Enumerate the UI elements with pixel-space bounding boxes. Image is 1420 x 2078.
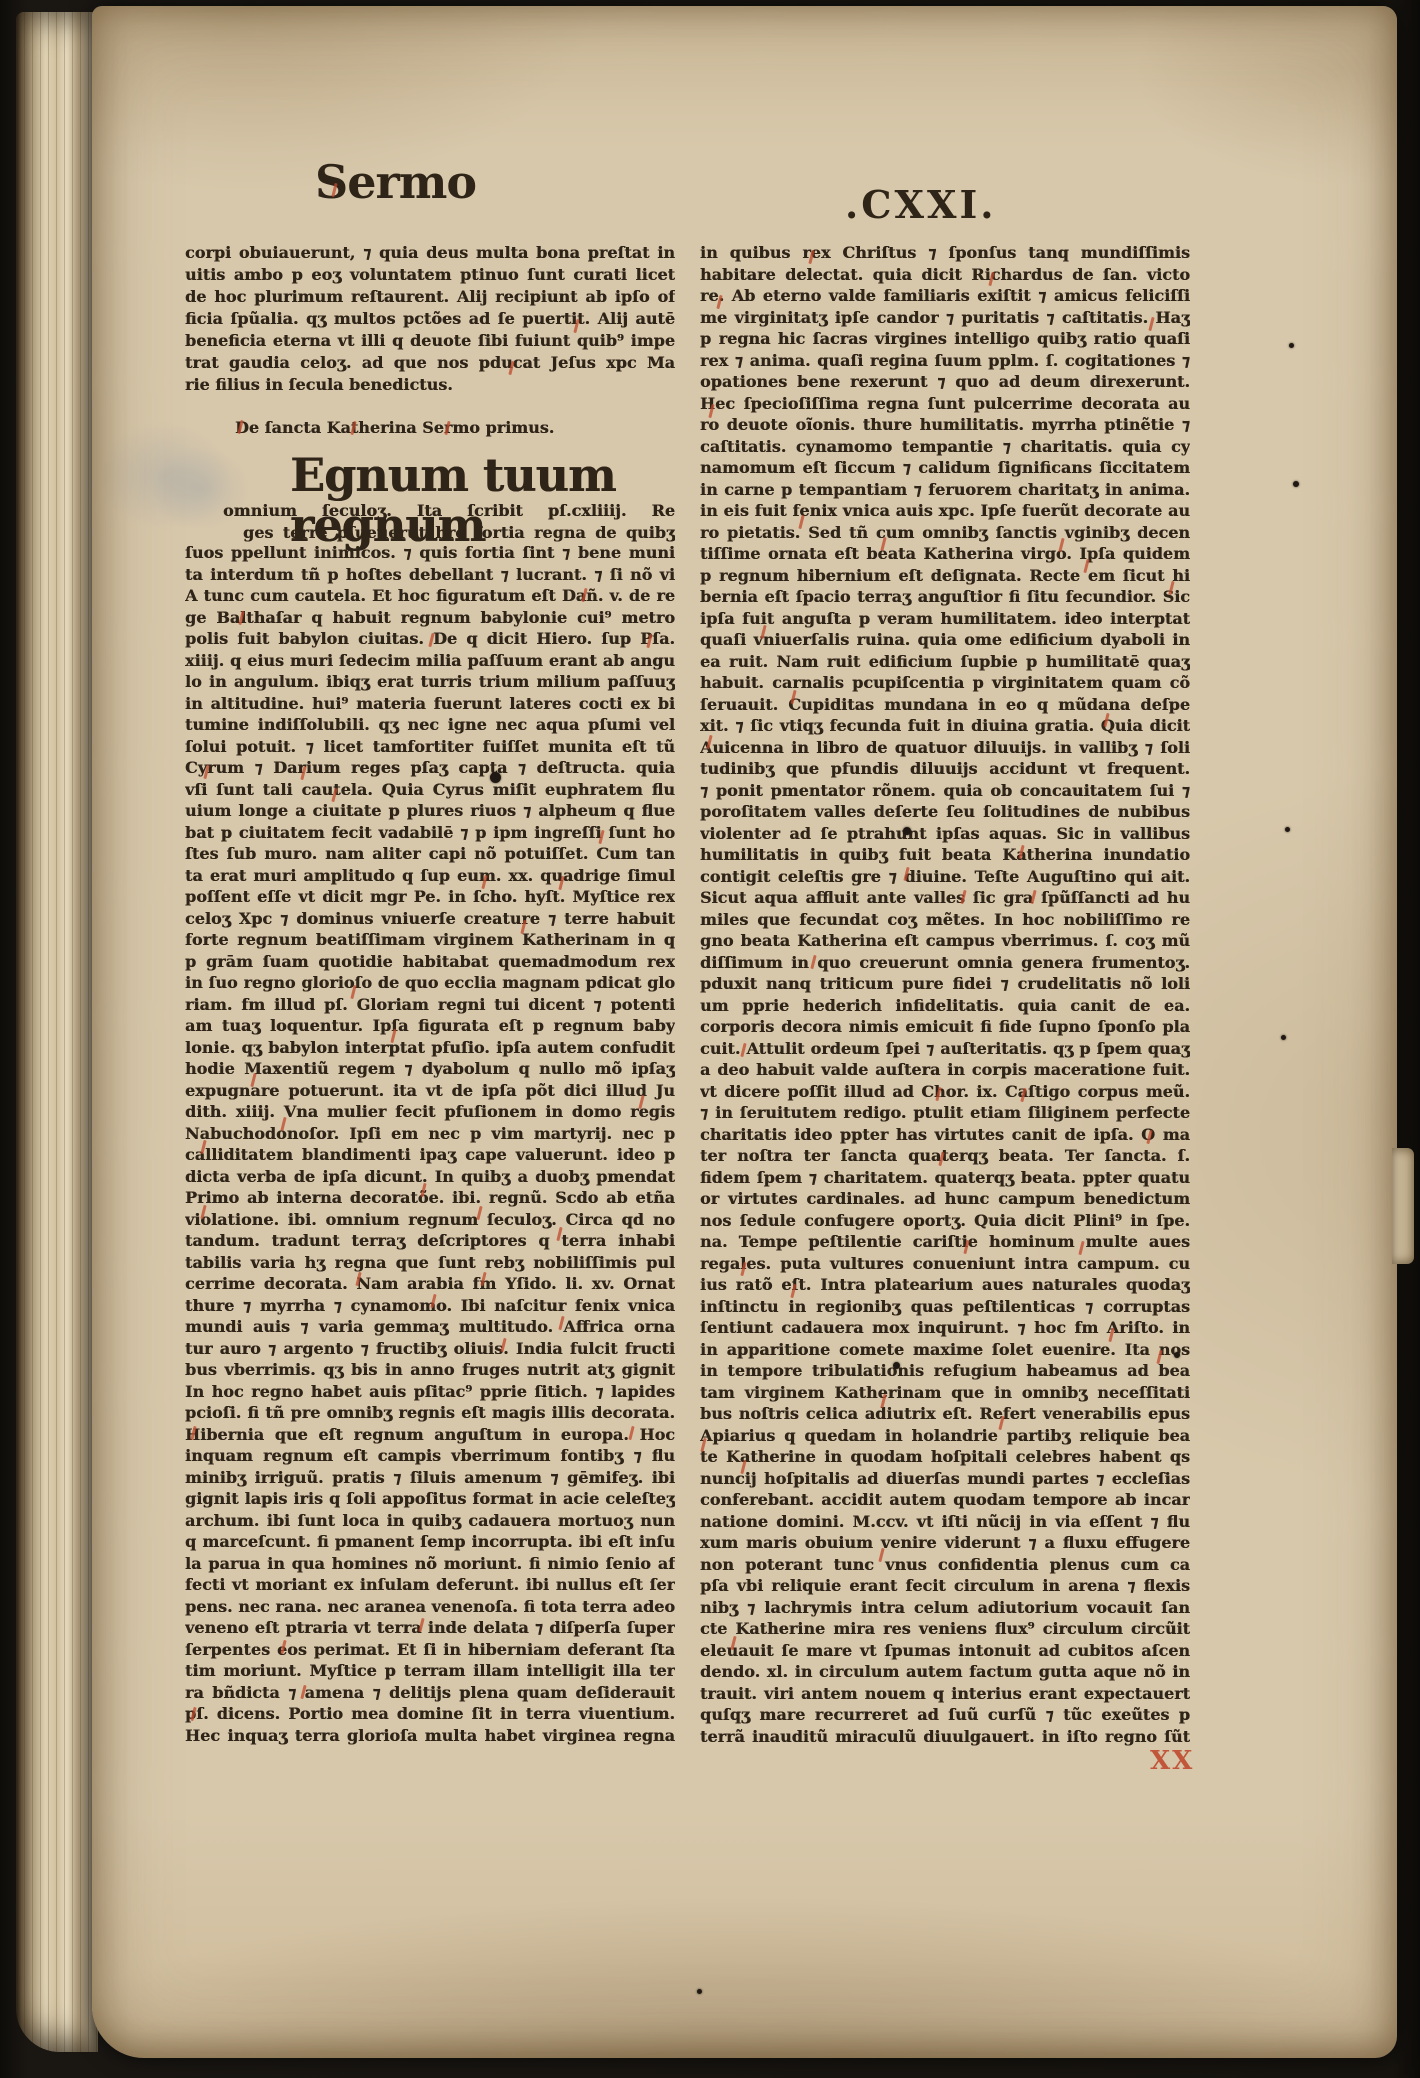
text-line: pſ. dicens. Portio mea domine ſit in ter… xyxy=(185,1703,675,1725)
text-line: celoʒ Xpc ⁊ dominus vniuerſe creature ⁊ … xyxy=(185,908,675,930)
text-line: tudinibʒ que pfundis diluuijs accidunt v… xyxy=(700,758,1190,780)
text-line: corpi obuiauerunt, ⁊ quia deus multa bon… xyxy=(185,242,675,264)
quire-signature: XX xyxy=(1150,1746,1194,1776)
text-line: humilitatis in quibʒ fuit beata Katherin… xyxy=(700,844,1190,866)
text-line: um pprie hederich infidelitatis. quia ca… xyxy=(700,995,1190,1017)
text-line: ⁊ in ſeruitutem redigo. ptulit etiam ſil… xyxy=(700,1102,1190,1124)
text-line: in eis fuit fenix vnica auis xpc. Ipſe f… xyxy=(700,500,1190,522)
text-line: cerrime decorata. Nam arabia fm Yſido. l… xyxy=(185,1273,675,1295)
text-line: Hec inquaʒ terra glorioſa multa habet vi… xyxy=(185,1725,675,1747)
text-line: dicta verba de ipſa dicunt. In quibʒ a d… xyxy=(185,1166,675,1188)
text-line: terrã inauditũ miraculũ diuulgauert. in … xyxy=(700,1726,1190,1748)
text-line: am tuaʒ loquentur. Ipſa figurata eſt p r… xyxy=(185,1015,675,1037)
text-line: ta interdum tñ p hoſtes debellant ⁊ lucr… xyxy=(185,564,675,586)
text-line: xum maris obuium venire viderunt ⁊ a flu… xyxy=(700,1532,1190,1554)
text-line: poroſitatem valles deſerte ſeu ſolitudin… xyxy=(700,801,1190,823)
text-line: tabilis varia hʒ regna que ſunt rebʒ nob… xyxy=(185,1252,675,1274)
text-line: in carne p tempantiam ⁊ feruorem charita… xyxy=(700,479,1190,501)
text-line: la parua in qua homines nõ moriunt. fi n… xyxy=(185,1553,675,1575)
text-line: te Katherine in quodam hoſpitali celebre… xyxy=(700,1446,1190,1468)
text-line: habuit. carnalis pcupiſcentia p virginit… xyxy=(700,672,1190,694)
text-line: tandum. tradunt terraʒ deſcriptores q te… xyxy=(185,1230,675,1252)
text-line: habitare delectat. quia dicit Richardus … xyxy=(700,264,1190,286)
right-body-text: in quibus rex Chriſtus ⁊ ſponſus tanq mu… xyxy=(700,242,1190,1747)
text-line: lonie. qʒ babylon interptat pfuſio. ipſa… xyxy=(185,1037,675,1059)
text-line: rex ⁊ anima. quaſi regina ſuum pplm. ſ. … xyxy=(700,350,1190,372)
text-line: ſerpentes eos perimat. Et ſi in hibernia… xyxy=(185,1639,675,1661)
text-line: gno beata Katherina eſt campus vberrimus… xyxy=(700,930,1190,952)
text-line: ro deuote oĩonis. thure humilitatis. myr… xyxy=(700,414,1190,436)
text-line: pens. nec rana. nec aranea venenoſa. fi … xyxy=(185,1596,675,1618)
text-line: ius ratõ eſt. Intra platearium aues natu… xyxy=(700,1274,1190,1296)
text-line: nibʒ ⁊ lachrymis intra celum adiutorium … xyxy=(700,1597,1190,1619)
text-line: charitatis ideo ppter has virtutes canit… xyxy=(700,1124,1190,1146)
text-line: ⁊ ponit pmentator rõnem. quia ob concaui… xyxy=(700,780,1190,802)
text-line: Sicut aqua affluit ante valles ſic gra ſ… xyxy=(700,887,1190,909)
scanned-book-page: Sermo .CXXI. corpi obuiauerunt, ⁊ quia d… xyxy=(0,0,1420,2078)
text-line: na. Tempe peſtilentie cariſtie hominum m… xyxy=(700,1231,1190,1253)
text-line: nos ſedule confugere oportʒ. Quia dicit … xyxy=(700,1210,1190,1232)
text-line: xit. ⁊ ſic vtiqʒ fecunda fuit in diuina … xyxy=(700,715,1190,737)
text-line: lo in angulum. ibiqʒ erat turris trium m… xyxy=(185,671,675,693)
text-line: ter noſtra ter ſancta quaterqʒ beata. Te… xyxy=(700,1145,1190,1167)
text-line: beneficia eterna vt illi q deuote ſibi f… xyxy=(185,330,675,352)
text-line: nuncij hoſpitalis ad diuerſas mundi part… xyxy=(700,1468,1190,1490)
text-line: Auicenna in libro de quatuor diluuijs. i… xyxy=(700,737,1190,759)
text-line: In hoc regno habet auis pſitac⁹ pprie ſi… xyxy=(185,1381,675,1403)
text-line: caſtitatis. cynamomo tempantie ⁊ charita… xyxy=(700,436,1190,458)
text-line: ſuos ppellunt inimicos. ⁊ quis fortia ſi… xyxy=(185,542,675,564)
text-line: pſa vbi reliquie erant fecit circulum in… xyxy=(700,1575,1190,1597)
text-line: miles que fecundat coʒ mẽtes. In hoc nob… xyxy=(700,909,1190,931)
text-line: Apiarius q quedam in holandrie partibʒ r… xyxy=(700,1425,1190,1447)
text-line: minibʒ irriguũ. pratis ⁊ ſiluis amenum ⁊… xyxy=(185,1467,675,1489)
text-line: uium longe a ciuitate p plures riuos ⁊ a… xyxy=(185,800,675,822)
text-line: ges terre pſueuerũt hre fortia regna de … xyxy=(185,522,675,544)
text-line: opationes bene rexerunt ⁊ quo ad deum di… xyxy=(700,371,1190,393)
text-line: pcioſi. fi tñ pre omnibʒ regnis eſt magi… xyxy=(185,1402,675,1424)
text-line: cte Katherine mira res veniens flux⁹ cir… xyxy=(700,1618,1190,1640)
text-line: cuit. Attulit ordeum ſpei ⁊ auſteritatis… xyxy=(700,1038,1190,1060)
text-line: A tunc cum cautela. Et hoc figuratum eſt… xyxy=(185,585,675,607)
text-line: expugnare potuerunt. ita vt de ipſa põt … xyxy=(185,1080,675,1102)
text-line: vt dicere poſſit illud ad Chor. ix. Caſt… xyxy=(700,1081,1190,1103)
text-line: a deo habuit valde auſtera in corpis mac… xyxy=(700,1059,1190,1081)
text-line: in altitudine. hui⁹ materia fuerunt late… xyxy=(185,693,675,715)
text-line: in quibus rex Chriſtus ⁊ ſponſus tanq mu… xyxy=(700,242,1190,264)
text-line: ta erat muri amplitudo q ſup eum. xx. qu… xyxy=(185,865,675,887)
text-line: archum. ibi ſunt loca in quibʒ cadauera … xyxy=(185,1510,675,1532)
text-line: dith. xiiij. Vna mulier fecit pfuſionem … xyxy=(185,1101,675,1123)
text-line: conferebant. accidit autem quodam tempor… xyxy=(700,1489,1190,1511)
text-line: hodie Maxentiũ regem ⁊ dyabolum q nullo … xyxy=(185,1058,675,1080)
left-body-text: ſuos ppellunt inimicos. ⁊ quis fortia ſi… xyxy=(185,542,675,1746)
text-line: me virginitatʒ ipſe candor ⁊ puritatis ⁊… xyxy=(700,307,1190,329)
text-line: veneno eſt ptraria vt terra inde delata … xyxy=(185,1617,675,1639)
text-line: p regnum hibernium eſt deſignata. Recte … xyxy=(700,565,1190,587)
book-leaf: Sermo .CXXI. corpi obuiauerunt, ⁊ quia d… xyxy=(92,6,1397,2058)
text-line: thure ⁊ myrrha ⁊ cynamomo. Ibi naſcitur … xyxy=(185,1295,675,1317)
text-line: ra bñdicta ⁊ amena ⁊ delitijs plena quam… xyxy=(185,1682,675,1704)
text-line: ro pietatis. Sed tñ cum omnibʒ ſanctis v… xyxy=(700,522,1190,544)
text-line: violatione. ibi. omnium regnum ſeculoʒ. … xyxy=(185,1209,675,1231)
text-line: namomum eſt ſiccum ⁊ calidum ſignificans… xyxy=(700,457,1190,479)
text-line: riam. fm illud pſ. Gloriam regni tui dic… xyxy=(185,994,675,1016)
text-line: eleuauit ſe mare vt ſpumas intonuit ad c… xyxy=(700,1640,1190,1662)
text-line: trat gaudia celoʒ. ad que nos pducat Jeſ… xyxy=(185,352,675,374)
text-line: in ſuo regno glorioſo de quo ecclia magn… xyxy=(185,972,675,994)
text-line: Hec ſpecioſiſſima regna ſunt pulcerrime … xyxy=(700,393,1190,415)
text-line: ſeruauit. Cupiditas mundana in eo q mũda… xyxy=(700,694,1190,716)
text-line: tumine indiſſolubili. qʒ nec igne nec aq… xyxy=(185,714,675,736)
text-line: quaſi vniuerſalis ruina. quia ome edific… xyxy=(700,629,1190,651)
text-line: Nabuchodonoſor. Ipſi em nec p vim martyr… xyxy=(185,1123,675,1145)
text-line: gignit lapis iris q ſoli appoſitus forma… xyxy=(185,1488,675,1510)
text-line: bat p ciuitatem fecit vadabilē ⁊ p ipm i… xyxy=(185,822,675,844)
text-line: poſſent eſſe vt dicit mgr Pe. in ſcho. h… xyxy=(185,886,675,908)
text-line: polis fuit babylon ciuitas. De q dicit H… xyxy=(185,628,675,650)
text-line: ſtes ſub muro. nam aliter capi nõ potuiſ… xyxy=(185,843,675,865)
text-line: vſi ſunt tali cautela. Quia Cyrus miſit … xyxy=(185,779,675,801)
text-line: regales. puta vultures conueniunt intra … xyxy=(700,1253,1190,1275)
text-line: inſtinctu in regionibʒ quas peſtilentica… xyxy=(700,1296,1190,1318)
text-line: bus noſtris celica adiutrix eſt. Refert … xyxy=(700,1403,1190,1425)
text-line: bernia eſt ſpacio terraʒ anguſtior fi ſi… xyxy=(700,586,1190,608)
text-line: Primo ab interna decoratõe. ibi. regnũ. … xyxy=(185,1187,675,1209)
text-line: omnium ſeculoʒ. Ita ſcribit pſ.cxliiij. … xyxy=(185,500,675,522)
text-line: tim moriunt. Myſtice p terram illam inte… xyxy=(185,1660,675,1682)
text-line: tiſſime ornata eſt beata Katherina virgo… xyxy=(700,543,1190,565)
running-title: Sermo xyxy=(315,156,476,208)
text-line: corporis decora nimis emicuit fi fide ſu… xyxy=(700,1016,1190,1038)
intro-paragraph: corpi obuiauerunt, ⁊ quia deus multa bon… xyxy=(185,242,675,396)
text-line: or virtutes cardinales. ad hunc campum b… xyxy=(700,1188,1190,1210)
text-line: de hoc plurimum reſtaurent. Alij recipiu… xyxy=(185,286,675,308)
left-text-column: corpi obuiauerunt, ⁊ quia deus multa bon… xyxy=(185,242,675,1754)
text-line: fidem ſpem ⁊ charitatem. quaterqʒ beata.… xyxy=(700,1167,1190,1189)
text-line: ea ruit. Nam ruit edificium ſupbie p hum… xyxy=(700,651,1190,673)
text-line: violenter ad ſe ptrahunt ipſas aquas. Si… xyxy=(700,823,1190,845)
text-line: xiiij. q eius muri ſedecim milia paſſuum… xyxy=(185,650,675,672)
text-line: ſolui potuit. ⁊ licet tamfortiter fuiſſe… xyxy=(185,736,675,758)
text-line: ge Balthaſar q habuit regnum babylonie c… xyxy=(185,607,675,629)
text-line: in apparitione comete maxime ſolet eueni… xyxy=(700,1339,1190,1361)
text-line: ſentiunt cadauera mox inquirunt. ⁊ hoc f… xyxy=(700,1317,1190,1339)
incipit-indent-lines: omnium ſeculoʒ. Ita ſcribit pſ.cxliiij. … xyxy=(185,500,675,544)
text-line: dendo. xl. in circulum autem factum gutt… xyxy=(700,1661,1190,1683)
folio-number: .CXXI. xyxy=(845,183,996,227)
text-line: rie filius in ſecula benedictus. xyxy=(185,374,675,396)
text-line: pduxit nanq triticum pure fidei ⁊ crudel… xyxy=(700,973,1190,995)
text-line: in tempore tribulationis refugium habeam… xyxy=(700,1360,1190,1382)
text-line: fecti vt moriant ex inſulam deferunt. ib… xyxy=(185,1574,675,1596)
text-line: bus vberrimis. qʒ bis in anno fruges nut… xyxy=(185,1359,675,1381)
page-fore-edges xyxy=(16,12,98,2052)
right-text-column: in quibus rex Chriſtus ⁊ ſponſus tanq mu… xyxy=(700,242,1190,1754)
page-edge-tab xyxy=(1392,1148,1414,1264)
text-line: forte regnum beatiſſimam virginem Kather… xyxy=(185,929,675,951)
text-line: uitis ambo p eoʒ voluntatem ptinuo ſunt … xyxy=(185,264,675,286)
text-line: diſſimum in quo creuerunt omnia genera f… xyxy=(700,952,1190,974)
text-line: re. Ab eterno valde familiaris exiſtit ⁊… xyxy=(700,285,1190,307)
text-line: quſqʒ mare recurreret ad ſuũ curſũ ⁊ tũc… xyxy=(700,1704,1190,1726)
text-line: p regna hic ſacras virgines intelligo qu… xyxy=(700,328,1190,350)
text-line: ficia ſpũalia. qʒ multos pctões ad ſe pu… xyxy=(185,308,675,330)
text-line: contigit celeſtis gre ⁊ diuine. Teſte Au… xyxy=(700,866,1190,888)
text-line: ipſa fuit anguſta p veram humilitatem. i… xyxy=(700,608,1190,630)
text-line: non poterant tunc vnus confidentia plenu… xyxy=(700,1554,1190,1576)
text-line: mundi auis ⁊ varia gemmaʒ multitudo. Aff… xyxy=(185,1316,675,1338)
text-line: tam virginem Katherinam que in omnibʒ ne… xyxy=(700,1382,1190,1404)
text-line: Cyrum ⁊ Darium reges pſaʒ capta ⁊ deſtru… xyxy=(185,757,675,779)
text-line: trauit. viri antem nouem q interius eran… xyxy=(700,1683,1190,1705)
text-line: p grām ſuam quotidie habitabat quemadmod… xyxy=(185,951,675,973)
text-line: calliditatem blandimenti ipaʒ cape value… xyxy=(185,1144,675,1166)
text-line: q marceſcunt. fi pmanent ſemp incorrupta… xyxy=(185,1531,675,1553)
rubric-heading: De ſancta Katherina Sermo primus. xyxy=(235,417,675,439)
text-line: natione domini. M.ccv. vt iſti nũcij in … xyxy=(700,1511,1190,1533)
text-line: tur auro ⁊ argento ⁊ fructibʒ oliuis. In… xyxy=(185,1338,675,1360)
text-line: inquam regnum eſt campis vberrimum fonti… xyxy=(185,1445,675,1467)
text-line: Hibernia que eſt regnum anguſtum in euro… xyxy=(185,1424,675,1446)
